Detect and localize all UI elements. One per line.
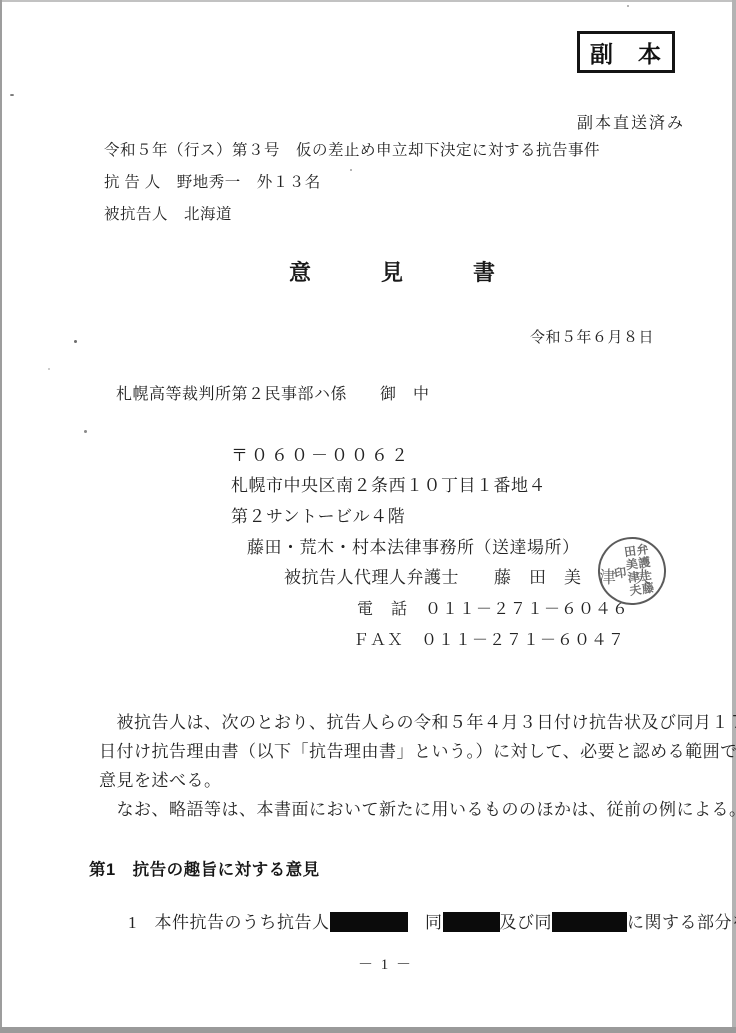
redaction-box-2 bbox=[443, 912, 500, 932]
section1-heading: 第1 抗告の趣旨に対する意見 bbox=[89, 861, 320, 881]
scan-edge-right bbox=[732, 0, 736, 1033]
sender-fax: ＦＡＸ ０１１－２７１－６０４７ bbox=[353, 631, 625, 650]
sender-postal-code: 〒０６０－００６２ bbox=[231, 446, 411, 466]
redaction-box-3 bbox=[552, 912, 627, 932]
body-paragraph1-line2: 日付け抗告理由書（以下「抗告理由書」という。）に対して、必要と認める範囲で bbox=[99, 742, 736, 762]
copy-stamp-box: 副 本 bbox=[577, 31, 675, 73]
item1-segment1: 1 本件抗告のうち抗告人 bbox=[128, 913, 330, 932]
scan-edge-bottom bbox=[0, 1027, 736, 1033]
redaction-box-1 bbox=[330, 912, 408, 932]
appellee-line: 被抗告人 北海道 bbox=[104, 206, 232, 225]
item1-segment2: 同 bbox=[408, 913, 443, 932]
sender-address-line1: 札幌市中央区南２条西１０丁目１番地４ bbox=[231, 476, 546, 496]
copy-delivery-note: 副本直送済み bbox=[577, 114, 685, 133]
sender-law-office: 藤田・荒木・村本法律事務所（送達場所） bbox=[247, 538, 580, 558]
scan-edge-top bbox=[0, 0, 736, 2]
case-number-line: 令和５年（行ス）第３号 仮の差止め申立却下決定に対する抗告事件 bbox=[104, 142, 600, 161]
scan-speckle bbox=[627, 5, 629, 7]
body-paragraph1-line3: 意見を述べる。 bbox=[99, 771, 222, 791]
scan-speckle bbox=[74, 340, 77, 343]
appellant-line: 抗 告 人 野地秀一 外１３名 bbox=[104, 174, 321, 193]
scan-edge-left bbox=[0, 0, 2, 1033]
scanned-document-page: 副 本 副本直送済み 令和５年（行ス）第３号 仮の差止め申立却下決定に対する抗告… bbox=[0, 0, 736, 1033]
copy-stamp-label: 副 本 bbox=[590, 36, 662, 69]
scan-speckle bbox=[10, 94, 14, 96]
item1-segment3: 及び同 bbox=[500, 913, 553, 932]
page-number: － 1 － bbox=[358, 956, 413, 974]
scan-speckle bbox=[84, 430, 87, 433]
addressee-court-line: 札幌高等裁判所第２民事部ハ係 御 中 bbox=[116, 385, 430, 404]
sender-phone: 電 話 ０１１－２７１－６０４６ bbox=[357, 600, 629, 619]
sender-address-line2: 第２サントービル４階 bbox=[231, 507, 405, 527]
attorney-seal-stamp: 弁護士藤田美津夫印 bbox=[594, 533, 671, 610]
section1-item1-line: 1 本件抗告のうち抗告人 同及び同に関する部分を bbox=[109, 892, 736, 954]
scan-speckle bbox=[350, 169, 352, 171]
sender-attorney-name: 被抗告人代理人弁護士 藤 田 美 津 夫 bbox=[284, 568, 652, 588]
attorney-seal-text: 弁護士藤田美津夫印 bbox=[609, 540, 654, 603]
document-date: 令和５年６月８日 bbox=[530, 329, 654, 347]
document-title: 意 見 書 bbox=[289, 260, 496, 286]
body-paragraph2: なお、略語等は、本書面において新たに用いるもののほかは、従前の例による。 bbox=[99, 800, 736, 820]
scan-speckle bbox=[48, 368, 50, 370]
body-paragraph1-line1: 被抗告人は、次のとおり、抗告人らの令和５年４月３日付け抗告状及び同月１７ bbox=[99, 713, 736, 733]
item1-segment4: に関する部分を bbox=[627, 913, 736, 932]
